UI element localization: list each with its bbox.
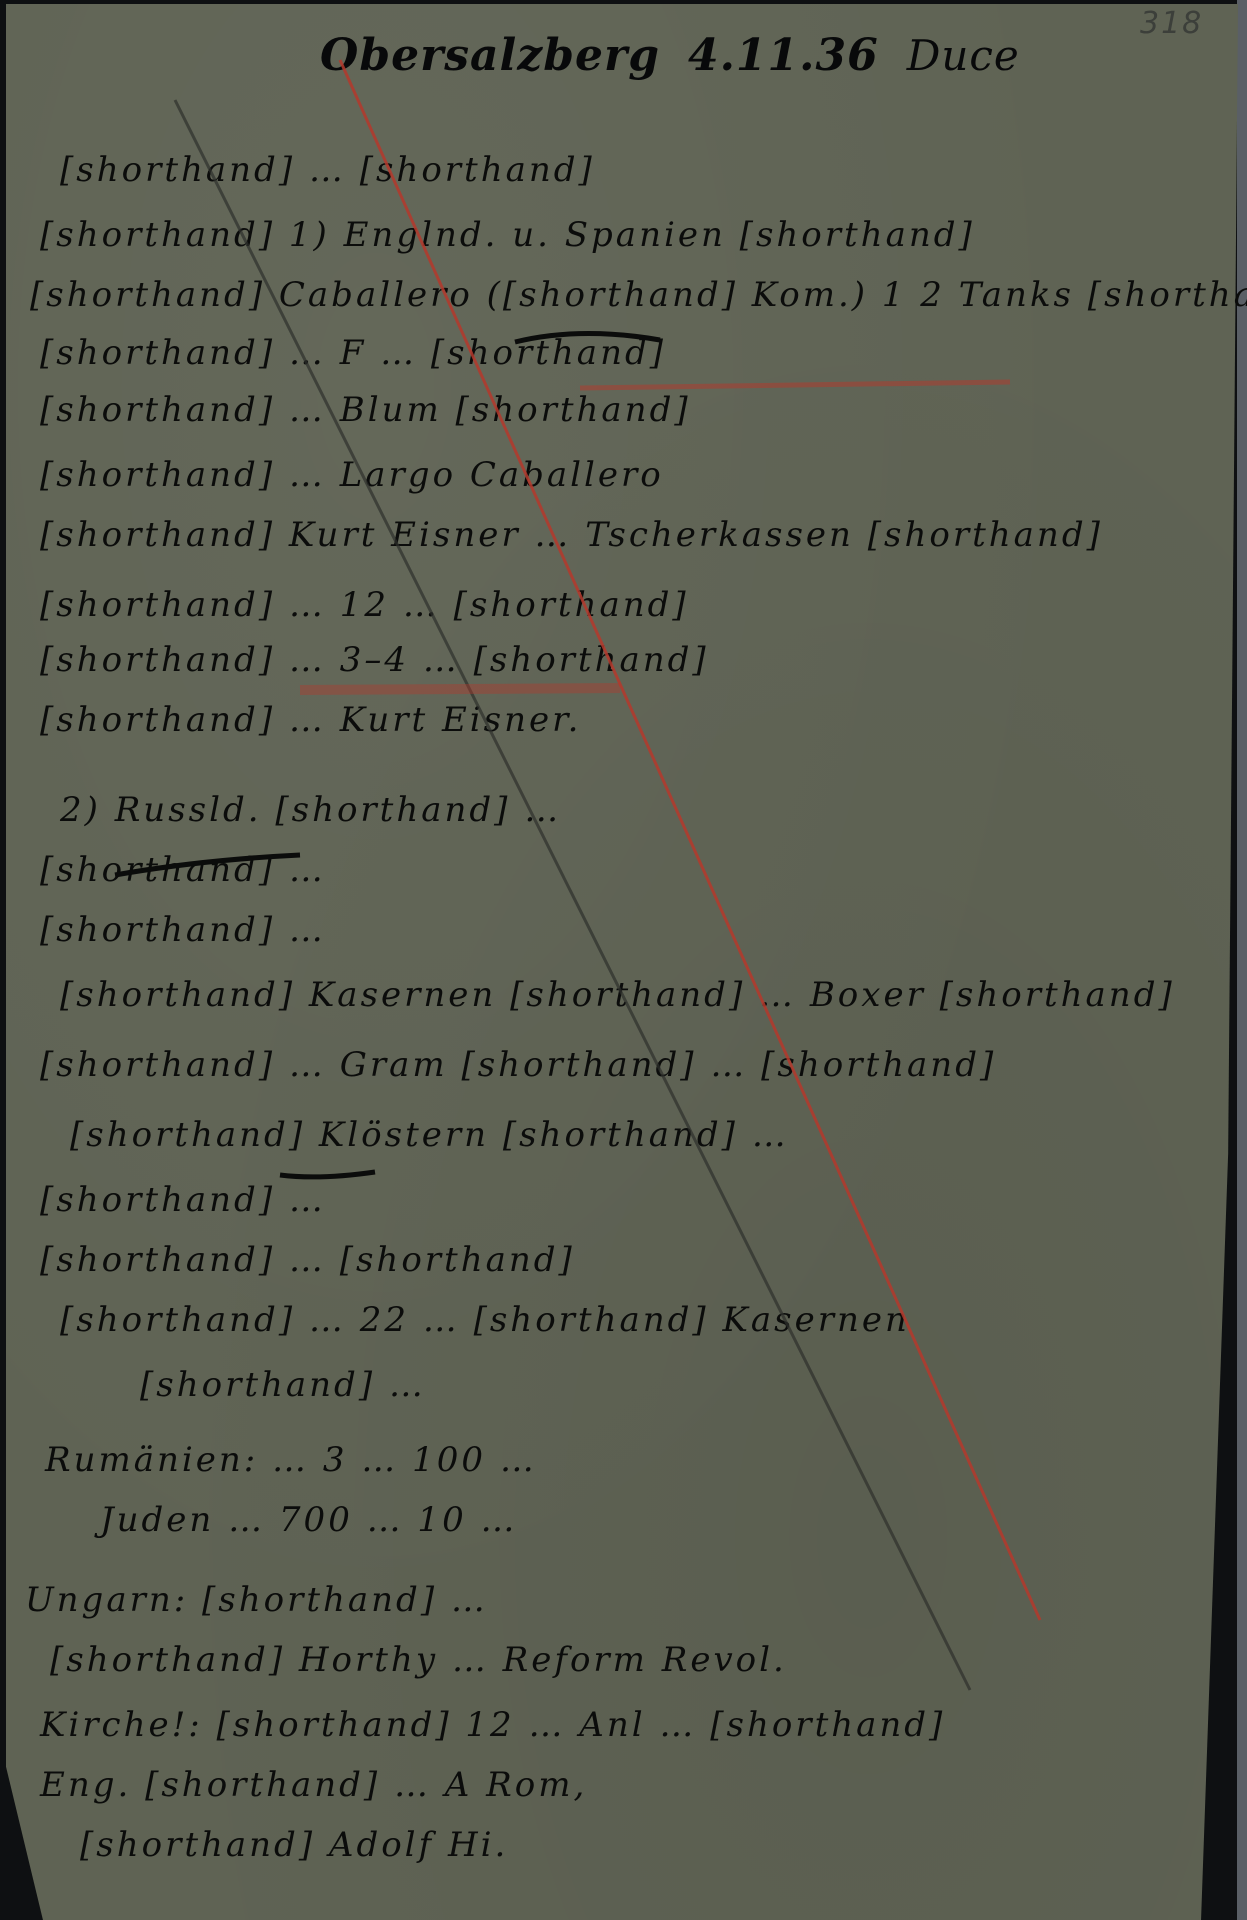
text-line-25: Kirche!: [shorthand] 12 … Anl … [shortha…: [40, 1705, 945, 1745]
header: Obersalzberg4.11.36Duce: [320, 30, 1020, 81]
header-date: 4.11.36: [688, 30, 879, 81]
text-line-12: [shorthand] …: [40, 850, 326, 890]
text-line-27: [shorthand] Adolf Hi.: [80, 1825, 508, 1865]
text-line-20: [shorthand] …: [140, 1365, 426, 1405]
text-line-5: [shorthand] … Blum [shorthand]: [40, 390, 691, 430]
text-line-16: [shorthand] Klöstern [shorthand] …: [70, 1115, 789, 1155]
text-line-7: [shorthand] Kurt Eisner … Tscherkassen […: [40, 515, 1103, 555]
page-number: 318: [1140, 6, 1203, 41]
text-line-1: [shorthand] … [shorthand]: [60, 150, 595, 190]
text-line-3: [shorthand] Caballero ([shorthand] Kom.)…: [30, 275, 1247, 315]
text-line-2: [shorthand] 1) Englnd. u. Spanien [short…: [40, 215, 975, 255]
text-line-22: Juden … 700 … 10 …: [100, 1500, 518, 1540]
text-line-8: [shorthand] … 12 … [shorthand]: [40, 585, 689, 625]
text-line-18: [shorthand] … [shorthand]: [40, 1240, 575, 1280]
text-line-24: [shorthand] Horthy … Reform Revol.: [50, 1640, 787, 1680]
text-line-10: [shorthand] … Kurt Eisner.: [40, 700, 581, 740]
text-line-26: Eng. [shorthand] … A Rom,: [40, 1765, 587, 1805]
header-subject: Duce: [907, 31, 1020, 80]
text-line-13: [shorthand] …: [40, 910, 326, 950]
text-line-17: [shorthand] …: [40, 1180, 326, 1220]
text-line-19: [shorthand] … 22 … [shorthand] Kasernen: [60, 1300, 910, 1340]
text-line-15: [shorthand] … Gram [shorthand] … [shorth…: [40, 1045, 996, 1085]
header-place: Obersalzberg: [320, 30, 660, 81]
text-line-6: [shorthand] … Largo Caballero: [40, 455, 664, 495]
text-line-21: Rumänien: … 3 … 100 …: [45, 1440, 537, 1480]
text-line-23: Ungarn: [shorthand] …: [25, 1580, 488, 1620]
text-line-11: 2) Russld. [shorthand] …: [60, 790, 561, 830]
text-line-9: [shorthand] … 3–4 … [shorthand]: [40, 640, 709, 680]
text-line-4: [shorthand] … F … [shorthand]: [40, 333, 666, 373]
text-line-14: [shorthand] Kasernen [shorthand] … Boxer…: [60, 975, 1175, 1015]
